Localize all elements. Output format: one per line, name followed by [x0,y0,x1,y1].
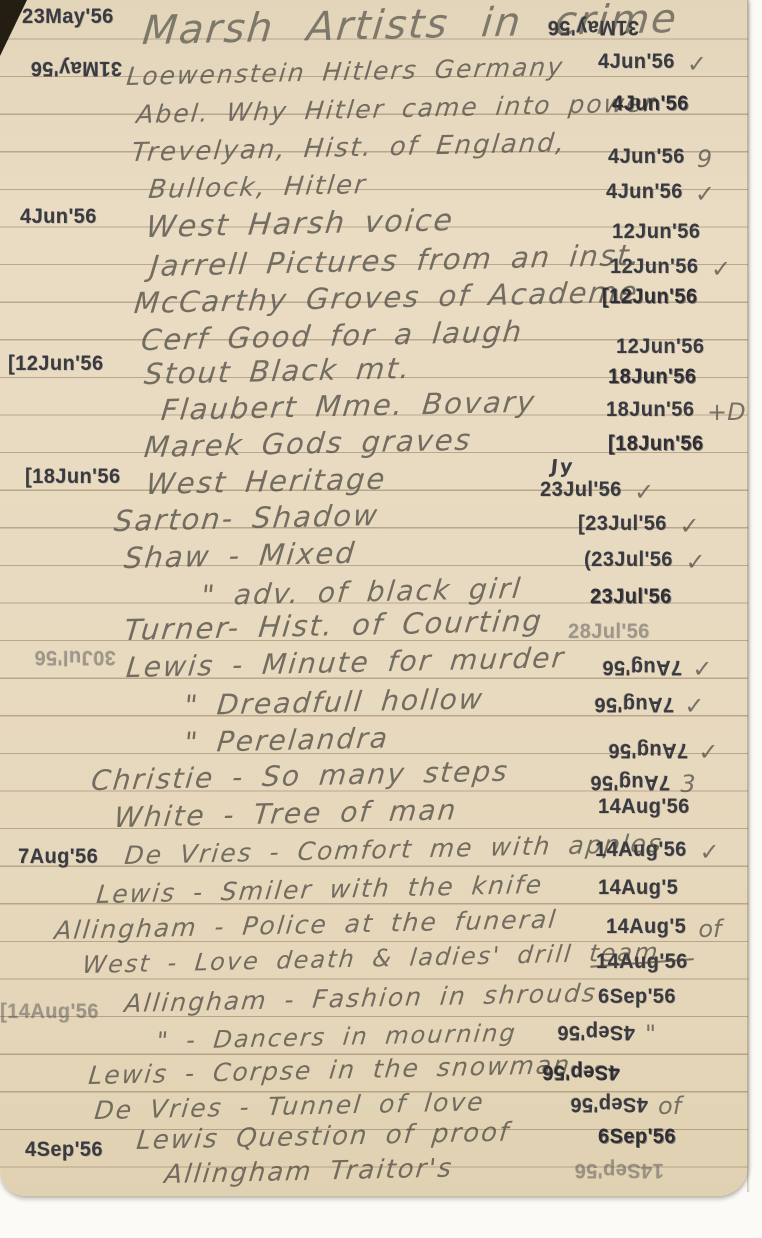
pencil-note: +D [707,398,746,426]
pencil-note: of [658,1092,681,1120]
right-stamp-row: [23Jul'56✓ [578,512,700,540]
date-stamp: [23Jul'56 [578,512,667,536]
date-stamp: 14Aug'56 [596,950,688,974]
right-stamp-row: 18Jun'56 [608,365,701,389]
date-stamp: 12Jun'56 [616,335,704,359]
date-stamp: 4Jun'56 [612,92,689,116]
date-stamp: 4Sep'56 [25,1138,103,1162]
date-stamp: 4Jun'56 [20,205,97,229]
date-stamp: 4Sep'56 [542,1060,620,1084]
date-stamp: 4Jun'56 [598,50,675,74]
handwritten-entry: Allingham Traitor's [163,1153,455,1190]
pencil-note: ✓ [687,50,707,78]
date-stamp: 6Sep'56 [598,985,676,1009]
right-stamp-row: 23Jul'56✓ [540,478,654,506]
right-stamp-row: 4Sep'56 [540,1060,622,1084]
scan-background: { "palette": { "card_background": "#e8da… [0,0,762,1238]
date-stamp: 14Sep'56 [574,1158,664,1182]
handwritten-entry: " Perelandra [183,721,391,759]
handwritten-entry: Shaw - Mixed [123,536,358,575]
pencil-month-note: Jy [550,455,576,478]
date-stamp: 4Sep'56 [570,1092,648,1116]
left-stamp-row: 23May'56 [22,5,119,29]
date-stamp: [18Jun'56 [608,432,704,456]
pencil-note: ✓ [634,478,654,506]
date-stamp: 7Aug'56 [18,845,98,869]
right-stamp-row: 7Aug'563 [588,770,696,798]
scan-area: Jy Marsh Artists in crimeLoewenstein Hit… [0,0,762,1238]
right-stamp-row: 14Aug'56 [596,950,693,974]
right-stamp-row: 28Jul'56 [568,620,654,644]
right-stamp-row: 31May'56 [545,15,642,39]
right-stamp-row: 14Aug'5 [598,876,682,900]
left-stamp-row: [12Jun'56 [8,352,109,376]
right-stamp-row: 4Jun'569 [608,145,712,173]
handwritten-entry: " Dreadfull hollow [183,682,486,722]
right-stamp-row: 12Jun'56✓ [610,255,731,283]
right-stamp-row: 23Jul'56 [590,585,676,609]
right-stamp-row: 14Aug'5of [606,915,722,943]
library-card: Jy Marsh Artists in crimeLoewenstein Hit… [0,0,748,1196]
right-stamp-row: 12Jun'56 [612,220,705,244]
pencil-note: 3 [680,770,695,798]
right-stamp-row: (23Jul'56✓ [584,548,706,576]
right-stamp-row: 4Sep'56of [568,1092,681,1120]
right-stamp-row: 7Aug'56✓ [600,655,712,683]
right-stamp-row: 14Aug'56 [598,795,695,819]
pencil-note: ✓ [684,692,704,720]
right-stamp-row: 4Jun'56✓ [598,50,707,78]
date-stamp: [12Jun'56 [602,285,698,309]
card-edge [747,0,750,1192]
right-stamp-row: 6Sep'56 [598,985,680,1009]
date-stamp: 7Aug'56 [594,692,674,716]
right-stamp-row: 7Aug'56✓ [592,692,704,720]
date-stamp: 28Jul'56 [568,620,650,644]
date-stamp: 12Jun'56 [612,220,700,244]
date-stamp: 23Jul'56 [590,585,672,609]
date-stamp: 4Jun'56 [606,180,683,204]
handwritten-entry: Bullock, Hitler [147,170,368,205]
date-stamp: 14Aug'56 [595,838,687,862]
date-stamp: 14Aug'5 [598,876,678,900]
pencil-note: ✓ [686,548,706,576]
pencil-note: ✓ [711,255,731,283]
right-stamp-row: [12Jun'56 [602,285,703,309]
pencil-note: ✓ [700,838,720,866]
right-stamp-row: 4Jun'56✓ [606,180,715,208]
pencil-note: ✓ [695,180,715,208]
right-stamp-row: 4Sep'56" [555,1020,656,1048]
left-stamp-row: 30Jul'56 [32,645,118,669]
date-stamp: 12Jun'56 [610,255,698,279]
handwritten-entry: Stout Black mt. [143,351,413,391]
right-stamp-row: 14Sep'56 [572,1158,666,1182]
right-stamp-row: 4Jun'56 [612,92,693,116]
left-stamp-row: [14Aug'56 [0,1000,104,1024]
right-stamp-row: 7Aug'56✓ [606,738,718,766]
pencil-note: ✓ [680,512,700,540]
right-stamp-row: 14Aug'56✓ [595,838,720,866]
pencil-note: of [698,915,721,943]
pencil-note: " [645,1020,656,1048]
date-stamp: 14Aug'5 [606,915,686,939]
handwritten-entry: West Heritage [145,462,389,502]
date-stamp: 31May'56 [547,15,639,39]
date-stamp: [18Jun'56 [25,465,121,489]
left-stamp-row: 4Sep'56 [25,1138,107,1162]
date-stamp: 7Aug'56 [608,738,688,762]
right-stamp-row: 12Jun'56 [616,335,709,359]
handwritten-entry: Sarton- Shadow [113,498,381,538]
pencil-note: ✓ [698,738,718,766]
date-stamp: 30Jul'56 [34,645,116,669]
date-stamp: 23May'56 [22,5,114,29]
pencil-note: 9 [697,145,712,173]
date-stamp: 18Jun'56 [608,365,696,389]
date-stamp: 4Jun'56 [608,145,685,169]
date-stamp: (23Jul'56 [584,548,673,572]
date-stamp: 4Sep'56 [557,1020,635,1044]
right-stamp-row: [18Jun'56 [608,432,709,456]
left-stamp-row: 31May'56 [28,56,125,80]
pencil-note: ✓ [692,655,712,683]
date-stamp: [12Jun'56 [8,352,104,376]
date-stamp: 6Sep'56 [598,1125,676,1149]
date-stamp: 7Aug'56 [590,770,670,794]
date-stamp: 31May'56 [30,56,122,80]
date-stamp: 7Aug'56 [602,655,682,679]
right-stamp-row: 18Jun'56+D [606,398,746,426]
date-stamp: 23Jul'56 [540,478,622,502]
left-stamp-row: 4Jun'56 [20,205,101,229]
date-stamp: [14Aug'56 [0,1000,99,1024]
date-stamp: 14Aug'56 [598,795,690,819]
left-stamp-row: 7Aug'56 [18,845,102,869]
left-stamp-row: [18Jun'56 [25,465,126,489]
right-stamp-row: 6Sep'56 [598,1125,680,1149]
date-stamp: 18Jun'56 [606,398,694,422]
handwritten-entry: West Harsh voice [144,203,455,245]
